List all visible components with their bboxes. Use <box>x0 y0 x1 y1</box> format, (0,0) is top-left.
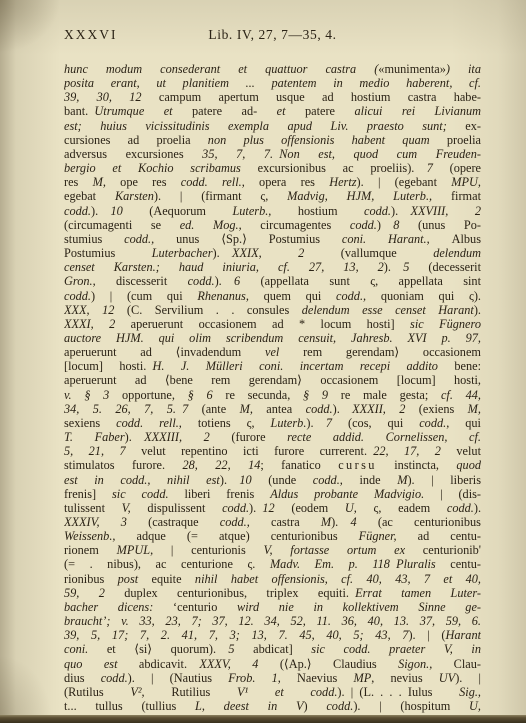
text-line: egebat Karsten). | (firmant ς, Madvig, H… <box>64 189 481 203</box>
text-line: auctore HJM. qui olim scribendum censuit… <box>64 331 481 345</box>
text-line: adversus excursiones 35, 7, 7. Non est, … <box>64 147 481 161</box>
text-line: stumius codd., unus ⟨Sp.⟩ Postumius coni… <box>64 232 481 246</box>
body-text: hunc modum consederant et quattuor castr… <box>64 62 481 713</box>
text-line: Gron., discesserit codd.). 6 (appellata … <box>64 274 481 288</box>
text-line: cursiones ad proelia non plus offensioni… <box>64 133 481 147</box>
text-line: bergio et Kochio scribamus excursionibus… <box>64 161 481 175</box>
text-line: res M, ope res codd. rell., opera res He… <box>64 175 481 189</box>
book-page: XXXVI Lib. IV, 27, 7—35, 4. hunc modum c… <box>0 0 526 723</box>
text-line: bacher dicens: ‘centurio wird nie in kol… <box>64 600 481 614</box>
text-line: aperuerunt ad ⟨bene rem gerendam⟩ occasi… <box>64 373 481 387</box>
text-line: T. Faber). XXXIII, 2 (furore recte addid… <box>64 430 481 444</box>
text-line: coni. et ⟨si⟩ quorum). 5 abdicat] sic co… <box>64 642 481 656</box>
page-bottom-edge <box>0 715 526 723</box>
text-line: 39, 30, 12 campum apertum usque ad hosti… <box>64 90 481 104</box>
text-line: sexiens codd. rell., totiens ς, Luterb.)… <box>64 416 481 430</box>
text-line: tulissent V, dispulissent codd.). 12 (eo… <box>64 501 481 515</box>
text-line: (Rutilus V², Rutilius V¹ et codd.). | (L… <box>64 685 481 699</box>
text-line: 5, 21, 7 velut repentino icti furore cur… <box>64 444 481 458</box>
text-line: codd.). 10 (Aequorum Luterb., hostium co… <box>64 204 481 218</box>
text-line: (circumagenti se ed. Mog., circumagentes… <box>64 218 481 232</box>
text-line: braucht’; v. 33, 23, 7; 37, 12. 34, 52, … <box>64 614 481 628</box>
text-line: 59, 2 duplex centurionibus, triplex equi… <box>64 586 481 600</box>
text-line: dius codd.). | (Nautius Frob. 1, Naevius… <box>64 671 481 685</box>
text-line: rionem MPUL, | centurionis V, fortasse o… <box>64 543 481 557</box>
text-line: 34, 5. 26, 7, 5. 7 (ante M, antea codd.)… <box>64 402 481 416</box>
text-line: Postumius Luterbacher). XXIX, 2 (vallumq… <box>64 246 481 260</box>
text-line: stimulatos furore. 28, 22, 14; fanatico … <box>64 458 481 472</box>
text-line: est in codd., nihil est). 10 (unde codd.… <box>64 473 481 487</box>
text-line: rionibus post equite nihil habet offensi… <box>64 572 481 586</box>
page-number: XXXVI <box>64 27 118 43</box>
text-line: [locum] hosti. H. J. Mülleri coni. incer… <box>64 359 481 373</box>
text-line: t... tullus (tullius L, deest in V) codd… <box>64 699 481 713</box>
running-title: Lib. IV, 27, 7—35, 4. <box>64 27 481 43</box>
text-line: quo est abdicavit. XXXV, 4 (⟨Ap.⟩ Claudi… <box>64 657 481 671</box>
text-line: hunc modum consederant et quattuor castr… <box>64 62 481 76</box>
text-line: aperuerunt ad ⟨invadendum vel rem gerend… <box>64 345 481 359</box>
text-line: v. § 3 opportune, § 6 re secunda, § 9 re… <box>64 388 481 402</box>
text-line: est; huius vicissitudinis exempla apud L… <box>64 119 481 133</box>
text-line: (= . nibus), ac centurione ς. Madv. Em. … <box>64 557 481 571</box>
text-line: 39, 5, 17; 7, 2. 41, 7, 3; 13, 7. 45, 40… <box>64 628 481 642</box>
text-line: XXXI, 2 aperuerunt occasionem ad * locum… <box>64 317 481 331</box>
text-line: frenis] sic codd. liberi frenis Aldus pr… <box>64 487 481 501</box>
text-line: XXX, 12 (C. Servilium . . consules delen… <box>64 303 481 317</box>
text-line: bant. Utrumque et patere ad- et patere a… <box>64 104 481 118</box>
text-line: censet Karsten.; haud iniuria, cf. 27, 1… <box>64 260 481 274</box>
text-line: posita erant, ut planitiem ... patentem … <box>64 76 481 90</box>
text-line: Weissenb., adque (= atque) centurionibus… <box>64 529 481 543</box>
text-line: XXXIV, 3 (castraque codd., castra M). 4 … <box>64 515 481 529</box>
page-header: XXXVI Lib. IV, 27, 7—35, 4. <box>64 27 481 45</box>
text-line: codd.) | (cum qui Rhenanus, quem qui cod… <box>64 289 481 303</box>
